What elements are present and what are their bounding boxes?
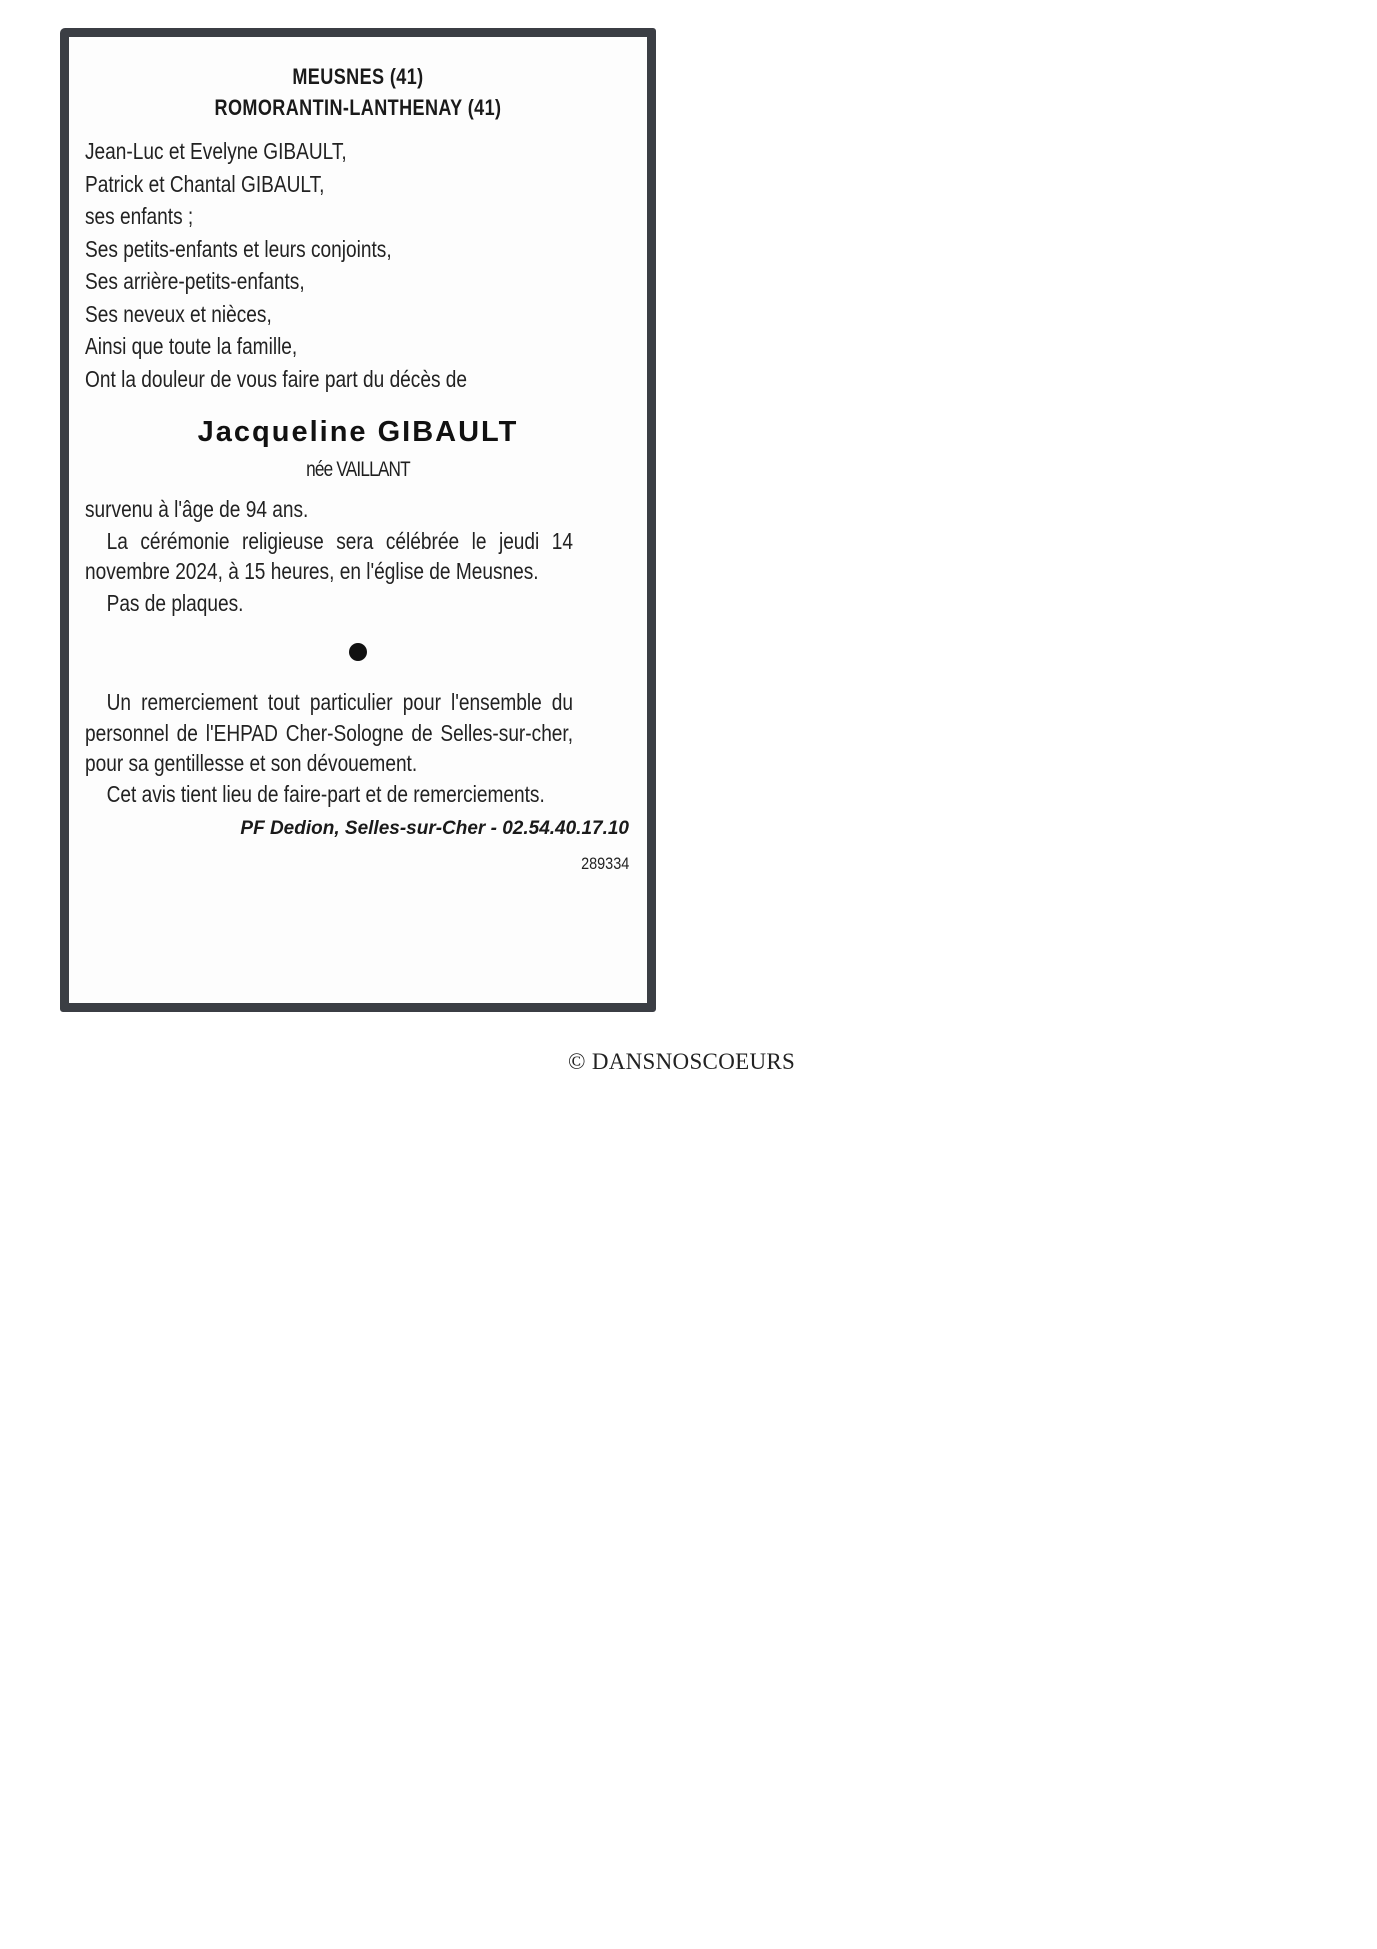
family-line: ses enfants ; — [85, 200, 538, 233]
funeral-home-signature: PF Dedion, Selles-sur-Cher - 02.54.40.17… — [85, 815, 631, 843]
maiden-name: née VAILLANT — [134, 455, 582, 485]
location-header-2: ROMORANTIN-LANTHENAY (41) — [134, 92, 582, 123]
no-plaques-text: Pas de plaques. — [85, 587, 538, 620]
family-line: Patrick et Chantal GIBAULT, — [85, 168, 538, 201]
age-line: survenu à l'âge de 94 ans. — [85, 493, 538, 526]
location-header-1: MEUSNES (41) — [134, 61, 582, 92]
deceased-name: Jacqueline GIBAULT — [85, 413, 631, 451]
family-list: Jean-Luc et Evelyne GIBAULT, Patrick et … — [85, 135, 631, 395]
thanks-text: Un remerciement tout particulier pour l'… — [85, 687, 573, 779]
family-line: Ses arrière-petits-enfants, — [85, 265, 538, 298]
obituary-notice: MEUSNES (41) ROMORANTIN-LANTHENAY (41) J… — [60, 28, 656, 1012]
family-line: Ses neveux et nièces, — [85, 298, 538, 331]
ceremony-text: La cérémonie religieuse sera célébrée le… — [85, 526, 573, 587]
announcement-line: Ont la douleur de vous faire part du déc… — [85, 363, 538, 396]
family-line: Ainsi que toute la famille, — [85, 330, 538, 363]
family-line: Jean-Luc et Evelyne GIBAULT, — [85, 135, 538, 168]
avis-text: Cet avis tient lieu de faire-part et de … — [85, 779, 573, 810]
reference-number: 289334 — [167, 853, 631, 875]
family-line: Ses petits-enfants et leurs conjoints, — [85, 233, 538, 266]
separator-bullet-icon — [349, 643, 367, 661]
copyright-text: © DANSNOSCOEURS — [568, 1049, 795, 1075]
